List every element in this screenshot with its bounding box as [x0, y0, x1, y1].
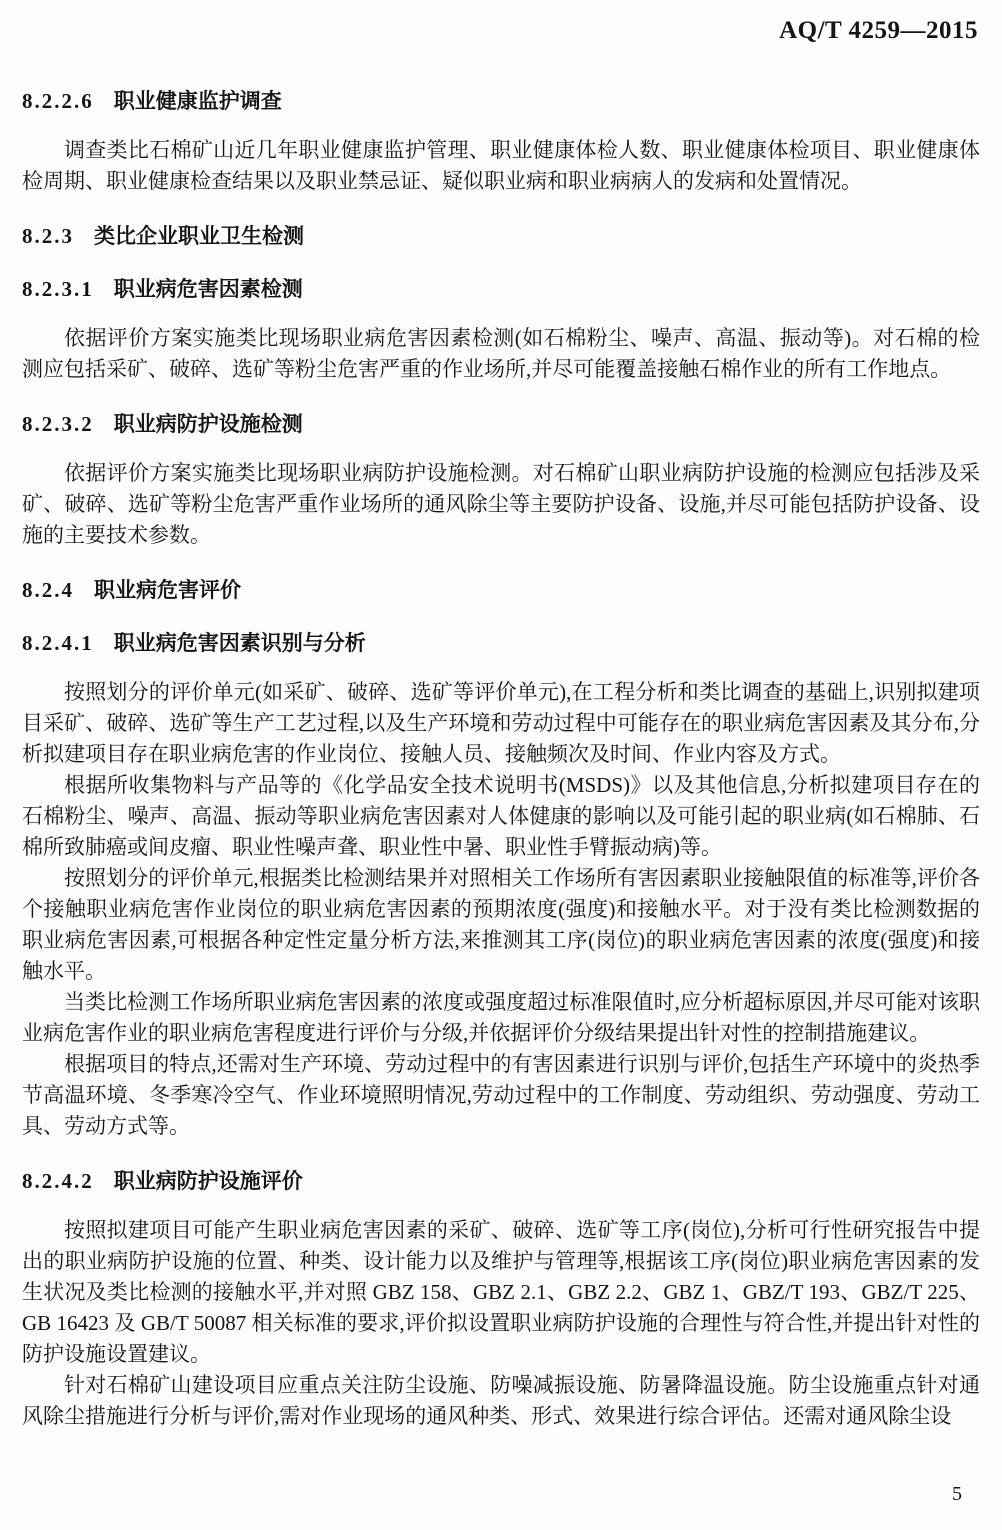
- document-page: AQ/T 4259—2015 8.2.2.6职业健康监护调查 调查类比石棉矿山近…: [0, 0, 1002, 1530]
- heading-title: 类比企业职业卫生检测: [94, 225, 304, 248]
- heading-8-2-2-6: 8.2.2.6职业健康监护调查: [22, 88, 980, 115]
- heading-8-2-4: 8.2.4职业病危害评价: [22, 577, 980, 604]
- heading-title: 职业病危害评价: [94, 579, 241, 602]
- heading-title: 职业病危害因素识别与分析: [114, 632, 366, 655]
- heading-title: 职业病危害因素检测: [114, 278, 303, 301]
- paragraph: 按照划分的评价单元(如采矿、破碎、选矿等评价单元),在工程分析和类比调查的基础上…: [22, 677, 980, 770]
- heading-number: 8.2.4.1: [22, 630, 94, 656]
- paragraph: 按照拟建项目可能产生职业病危害因素的采矿、破碎、选矿等工序(岗位),分析可行性研…: [22, 1215, 980, 1370]
- paragraph: 根据所收集物料与产品等的《化学品安全技术说明书(MSDS)》以及其他信息,分析拟…: [22, 770, 980, 863]
- heading-number: 8.2.2.6: [22, 88, 94, 114]
- heading-title: 职业健康监护调查: [114, 90, 282, 113]
- heading-title: 职业病防护设施检测: [114, 413, 303, 436]
- paragraph: 依据评价方案实施类比现场职业病防护设施检测。对石棉矿山职业病防护设施的检测应包括…: [22, 458, 980, 551]
- paragraph: 依据评价方案实施类比现场职业病危害因素检测(如石棉粉尘、噪声、高温、振动等)。对…: [22, 323, 980, 385]
- paragraph: 根据项目的特点,还需对生产环境、劳动过程中的有害因素进行识别与评价,包括生产环境…: [22, 1049, 980, 1142]
- heading-8-2-3: 8.2.3类比企业职业卫生检测: [22, 223, 980, 250]
- heading-number: 8.2.4: [22, 577, 74, 603]
- heading-title: 职业病防护设施评价: [114, 1170, 303, 1193]
- paragraph: 按照划分的评价单元,根据类比检测结果并对照相关工作场所有害因素职业接触限值的标准…: [22, 863, 980, 987]
- heading-number: 8.2.3: [22, 223, 74, 249]
- heading-8-2-3-1: 8.2.3.1职业病危害因素检测: [22, 276, 980, 303]
- paragraph: 当类比检测工作场所职业病危害因素的浓度或强度超过标准限值时,应分析超标原因,并尽…: [22, 987, 980, 1049]
- heading-8-2-4-1: 8.2.4.1职业病危害因素识别与分析: [22, 630, 980, 657]
- heading-number: 8.2.3.1: [22, 276, 94, 302]
- heading-number: 8.2.3.2: [22, 411, 94, 437]
- heading-number: 8.2.4.2: [22, 1168, 94, 1194]
- standard-code: AQ/T 4259—2015: [22, 16, 980, 46]
- paragraph: 针对石棉矿山建设项目应重点关注防尘设施、防噪减振设施、防暑降温设施。防尘设施重点…: [22, 1370, 980, 1432]
- page-number: 5: [952, 1482, 962, 1506]
- paragraph: 调查类比石棉矿山近几年职业健康监护管理、职业健康体检人数、职业健康体检项目、职业…: [22, 135, 980, 197]
- heading-8-2-3-2: 8.2.3.2职业病防护设施检测: [22, 411, 980, 438]
- heading-8-2-4-2: 8.2.4.2职业病防护设施评价: [22, 1168, 980, 1195]
